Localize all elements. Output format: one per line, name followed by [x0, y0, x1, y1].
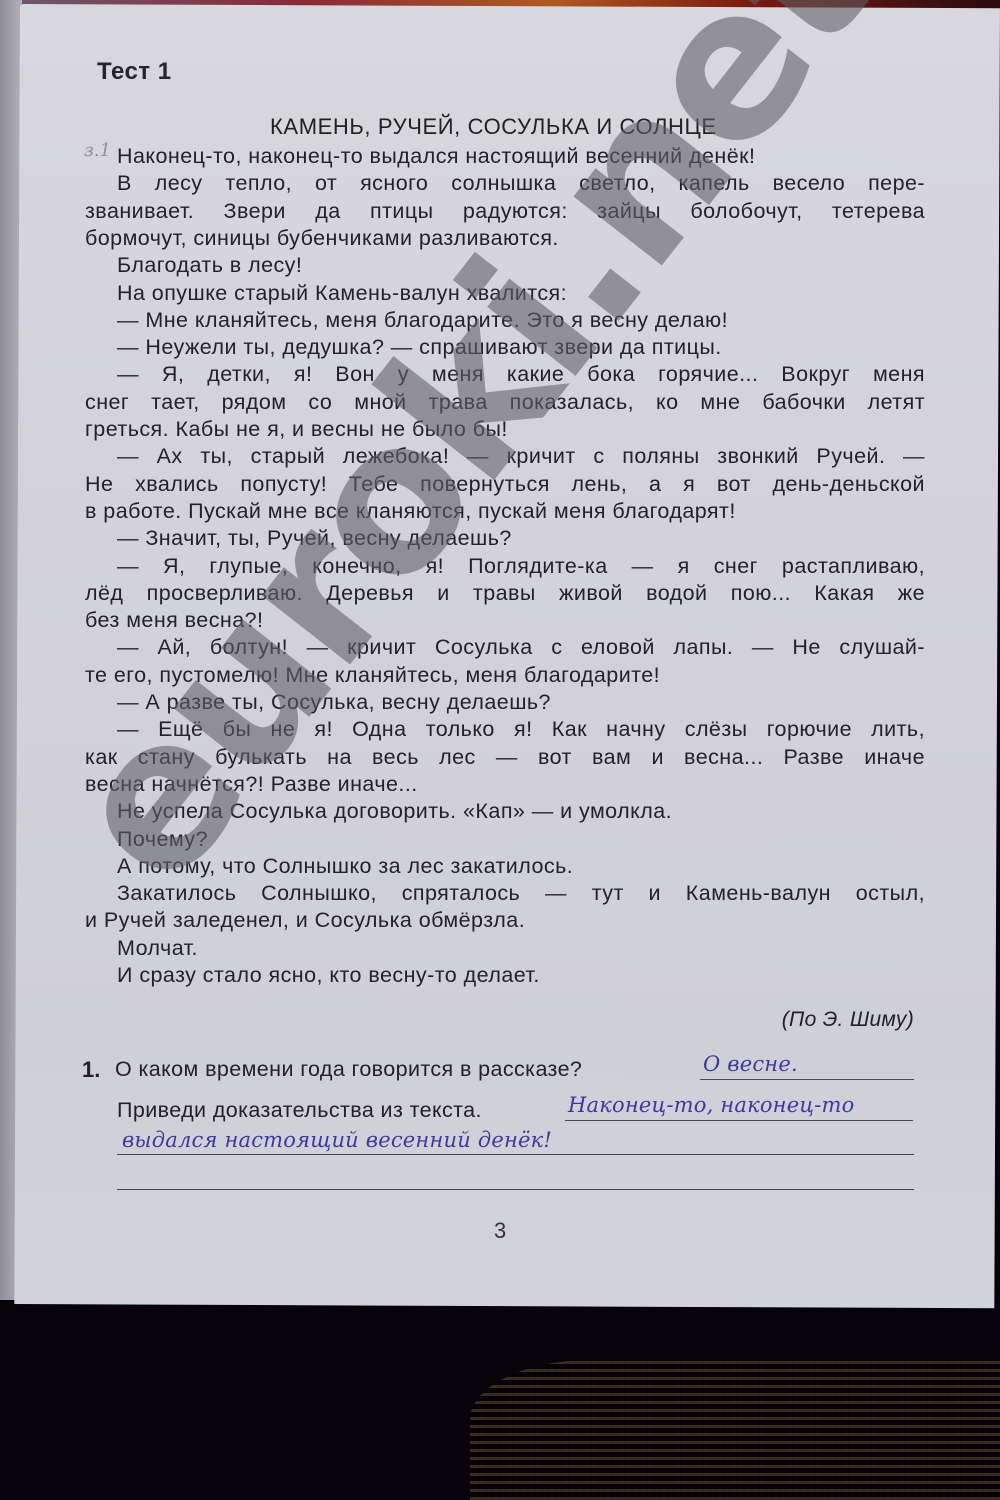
- story-line: — Мне кланяйтесь, меня благодарите. Это …: [117, 307, 728, 333]
- story-line: — А разве ты, Сосулька, весну делаешь?: [117, 689, 551, 715]
- page-content: Тест 1 КАМЕНЬ, РУЧЕЙ, СОСУЛЬКА И СОЛНЦЕ …: [0, 0, 1000, 1300]
- story-line: греться. Кабы не я, и весны не было бы!: [85, 416, 508, 442]
- story-line: — Я, детки, я! Вон у меня какие бока гор…: [117, 361, 925, 387]
- question-number: 1.: [82, 1057, 100, 1083]
- question-prompt: О каком времени года говорится в рассказ…: [115, 1057, 582, 1082]
- story-line: Почему?: [117, 826, 208, 852]
- story-line: в работе. Пускай мне все кланяются, пуск…: [85, 498, 736, 524]
- story-line: Наконец-то, наконец-то выдался настоящий…: [117, 143, 755, 169]
- story-line: — Я, глупые, конечно, я! Поглядите-ка — …: [117, 553, 925, 579]
- test-label: Тест 1: [97, 58, 172, 86]
- handwritten-evidence-2: выдался настоящий весенний денёк!: [122, 1128, 552, 1152]
- story-line: А потому, что Солнышко за лес закатилось…: [117, 853, 573, 879]
- handwritten-evidence-1: Наконец-то, наконец-то: [568, 1093, 854, 1117]
- evidence-prompt: Приведи доказательства из текста.: [117, 1098, 482, 1123]
- story-line: — Значит, ты, Ручей, весну делаешь?: [117, 525, 512, 551]
- story-line: званивает. Звери да птицы радуются: зайц…: [85, 198, 925, 224]
- handwritten-answer: О весне.: [703, 1052, 798, 1076]
- answer-line-3[interactable]: [117, 1154, 914, 1155]
- attribution: (По Э. Шиму): [782, 1008, 914, 1032]
- answer-line-4[interactable]: [117, 1189, 914, 1190]
- story-line: бормочут, синицы бубенчиками разливаются…: [85, 225, 559, 251]
- story-line: Благодать в лесу!: [117, 252, 302, 278]
- story-line: — Ах ты, старый лежебока! — кричит с пол…: [117, 443, 925, 469]
- story-line: — Неужели ты, дедушка? — спрашивают звер…: [117, 334, 722, 360]
- story-line: Закатилось Солнышко, спряталось — тут и …: [117, 880, 925, 906]
- story-line: — Ещё бы не я! Одна только я! Как начну …: [117, 716, 925, 742]
- page-number: 3: [494, 1218, 506, 1244]
- story-line: без меня весна?!: [85, 607, 263, 633]
- fabric-texture: [470, 1360, 1000, 1500]
- story-line: и Ручей заледенел, и Сосулька обмёрзла.: [85, 907, 525, 933]
- story-line: снег тает, рядом со мной трава показалас…: [85, 389, 925, 415]
- story-line: В лесу тепло, от ясного солнышка светло,…: [117, 170, 925, 196]
- story-line: И сразу стало ясно, кто весну-то делает.: [117, 962, 540, 988]
- answer-line-1[interactable]: [700, 1079, 914, 1080]
- story-line: те его, пустомелю! Мне кланяйтесь, меня …: [85, 662, 660, 688]
- story-line: Не успела Сосулька договорить. «Кап» — и…: [117, 798, 672, 824]
- story-line: — Ай, болтун! — кричит Сосулька с еловой…: [117, 634, 925, 660]
- pencil-margin-note: з.1: [84, 140, 111, 161]
- story-line: На опушке старый Камень-валун хвалится:: [117, 280, 567, 306]
- story-line: лёд просверливаю. Деревья и травы живой …: [85, 580, 925, 606]
- story-title: КАМЕНЬ, РУЧЕЙ, СОСУЛЬКА И СОЛНЦЕ: [270, 114, 717, 140]
- story-line: весна начнётся?! Разве иначе...: [85, 771, 418, 797]
- answer-line-2[interactable]: [565, 1120, 913, 1121]
- story-line: как стану булькать на весь лес — вот вам…: [85, 744, 925, 770]
- story-line: Не хвались попусту! Тебе повернуться лен…: [85, 471, 925, 497]
- story-line: Молчат.: [117, 935, 198, 961]
